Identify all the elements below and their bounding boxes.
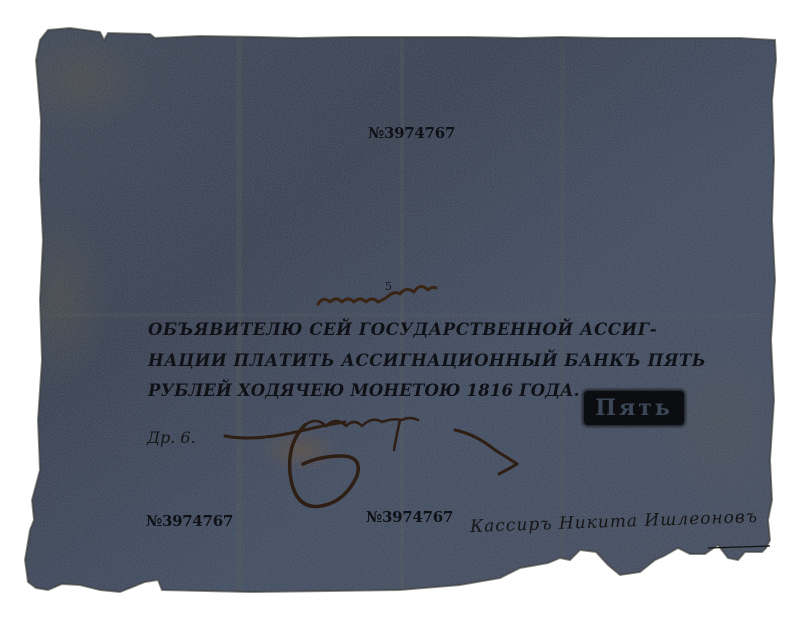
small-numeral: 5 (385, 280, 392, 293)
denomination-box: Пять (584, 391, 684, 425)
body-line-2: нации платить ассигнационный банкъ пять (148, 351, 706, 370)
serial-number-top: №3974767 (368, 124, 455, 142)
body-line-1: Объявителю сей государственной ассиг- (148, 320, 657, 339)
signature-prefix: Др. 6. (147, 428, 196, 447)
serial-number-top-text: №3974767 (368, 124, 455, 142)
serial-number-bottom-left: №3974767 (146, 512, 233, 530)
banknote-scan: №3974767 5 Объявителю сей государственно… (0, 0, 800, 630)
denomination-text: Пять (595, 395, 673, 421)
serial-number-bottom-center: №3974767 (366, 508, 453, 526)
body-line-3: рублей ходячею монетою 1816 года. (148, 381, 580, 400)
banknote-paper (0, 0, 800, 630)
